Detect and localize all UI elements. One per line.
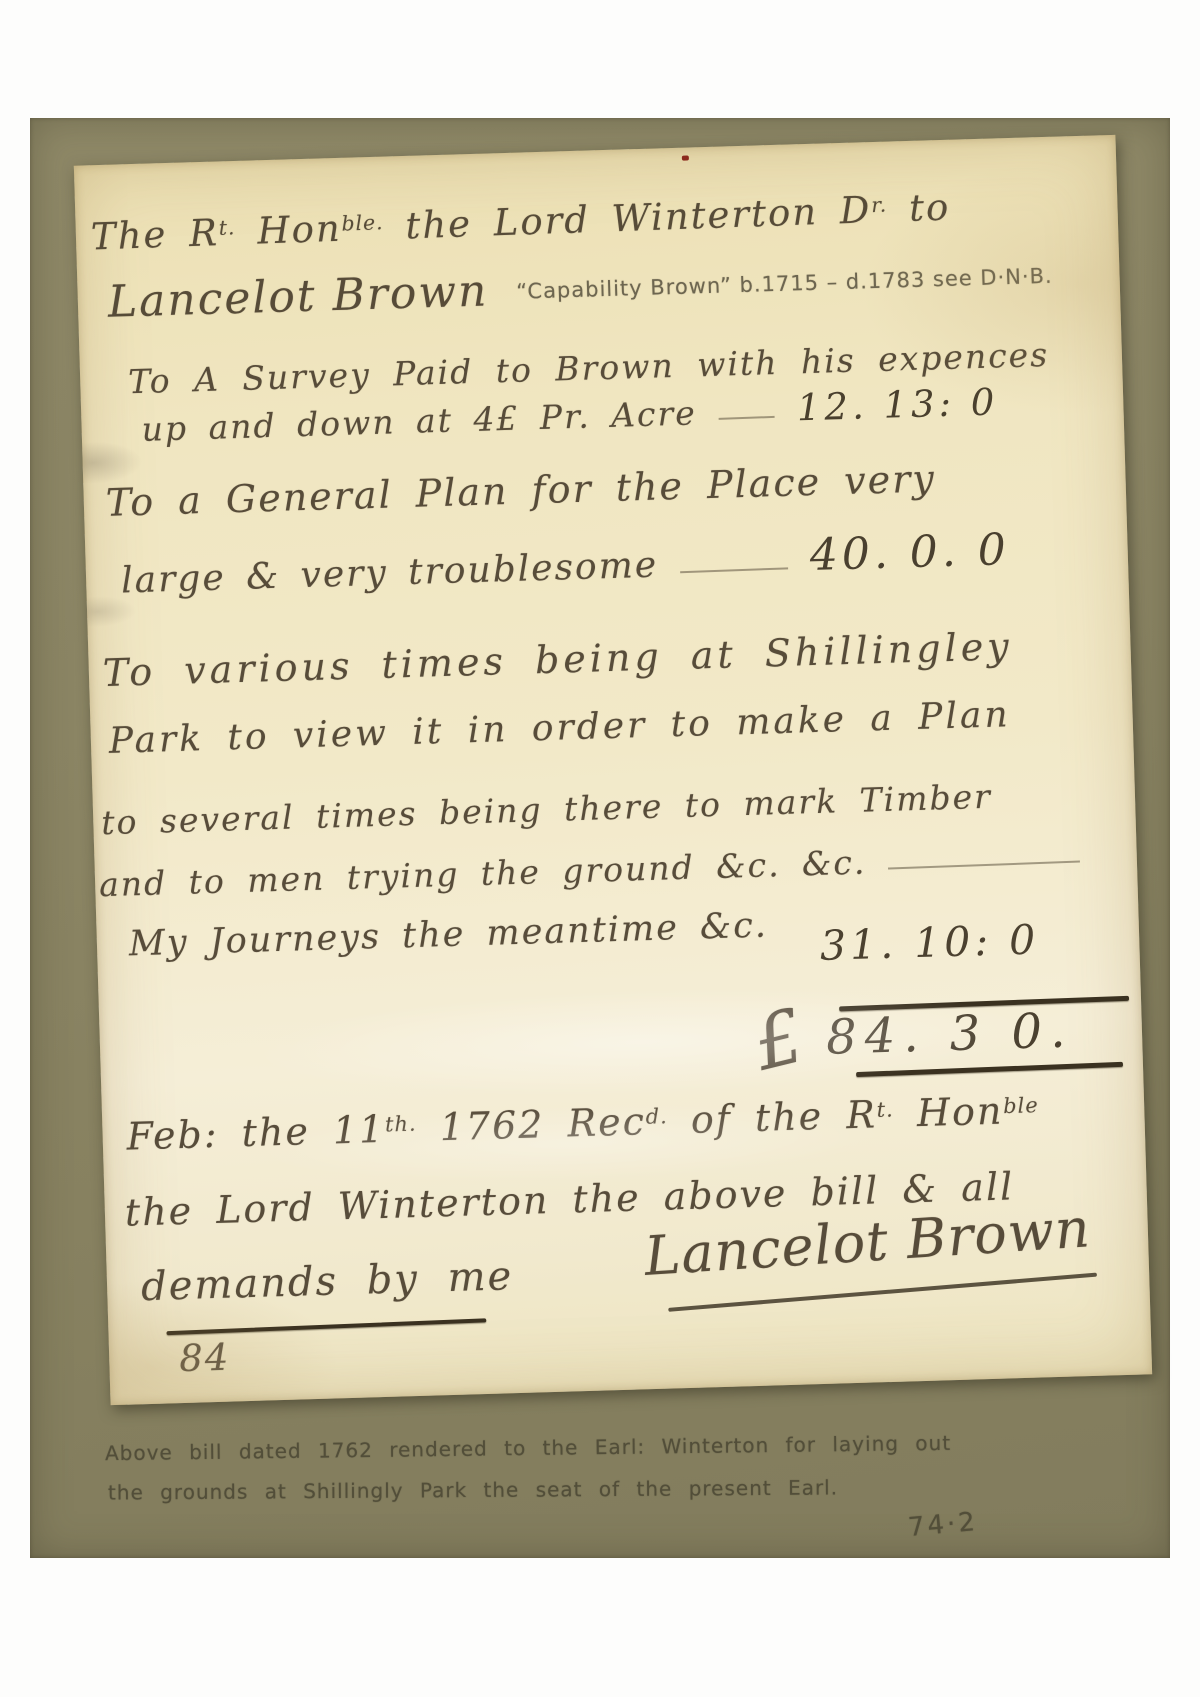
superscript: ble: [1003, 1093, 1039, 1118]
bill-item-line: Park to view it in order to make a Plan: [108, 694, 1011, 762]
bill-item-row: and to men trying the ground &c. &c.: [99, 836, 1103, 905]
leader-line: [680, 567, 788, 573]
total-amount: 84. 3 0.: [825, 1002, 1074, 1065]
receipt-text: Hon: [893, 1089, 1004, 1136]
header-text: to: [887, 186, 951, 231]
mat-annotation-line: Above bill dated 1762 rendered to the Ea…: [105, 1431, 951, 1465]
header-text: Hon: [235, 207, 343, 254]
header-text: the Lord Winterton D: [383, 188, 872, 248]
docket-underline: [166, 1318, 486, 1335]
bill-item-line: to several times being there to mark Tim…: [101, 777, 993, 842]
docket-number: 84: [179, 1336, 231, 1380]
document-mat: The Rt. Honble. the Lord Winterton Dr. t…: [30, 118, 1170, 1558]
header-text: The R: [90, 211, 219, 258]
bill-item-row: large & very troublesome 40. 0. 0: [120, 524, 1010, 601]
superscript: t.: [876, 1097, 894, 1121]
item-amount: 12. 13: 0: [796, 380, 999, 429]
payee-name: Lancelot Brown: [107, 265, 489, 327]
currency-sign: £: [747, 998, 812, 1082]
receipt-text: Feb: the 11: [126, 1107, 386, 1159]
bill-item-line: To various times being at Shillingley: [102, 624, 1013, 695]
red-ink-speck: [682, 155, 689, 160]
item-amount: 31. 10: 0: [819, 915, 1040, 969]
item-amount: 40. 0. 0: [809, 524, 1010, 581]
bill-item-line: large & very troublesome: [121, 545, 659, 602]
bill-item-line: and to men trying the ground &c. &c.: [99, 843, 867, 905]
receipt-line: Feb: the 11th. 1762 Recd. of the Rt. Hon…: [126, 1088, 1039, 1159]
leader-line: [719, 416, 775, 420]
superscript: d.: [645, 1104, 668, 1129]
mat-annotation-line: the grounds at Shillingly Park the seat …: [108, 1475, 838, 1504]
superscript: t.: [218, 215, 235, 240]
pencil-biographical-note: “Capability Brown” b.1715 – d.1783 see D…: [516, 264, 1053, 304]
receipt-line: demands by me: [140, 1253, 513, 1310]
superscript: r.: [871, 193, 888, 218]
superscript: ble.: [341, 210, 384, 235]
bill-header-line: The Rt. Honble. the Lord Winterton Dr. t…: [90, 186, 951, 259]
archive-reference-number: 74·2: [907, 1507, 979, 1543]
bill-item-line: up and down at 4£ Pr. Acre: [141, 393, 697, 448]
manuscript-paper: The Rt. Honble. the Lord Winterton Dr. t…: [74, 135, 1152, 1405]
receipt-text: of the R: [667, 1092, 877, 1142]
superscript: th.: [385, 1112, 417, 1137]
leader-line: [888, 861, 1079, 870]
payee-line: Lancelot Brown “Capability Brown” b.1715…: [107, 249, 1060, 328]
bill-item-line: My Journeys the meantime &c.: [128, 905, 768, 964]
scanned-document-page: The Rt. Honble. the Lord Winterton Dr. t…: [0, 0, 1200, 1697]
bill-item-line: To a General Plan for the Place very: [105, 456, 936, 525]
receipt-text: 1762 Rec: [416, 1099, 646, 1150]
